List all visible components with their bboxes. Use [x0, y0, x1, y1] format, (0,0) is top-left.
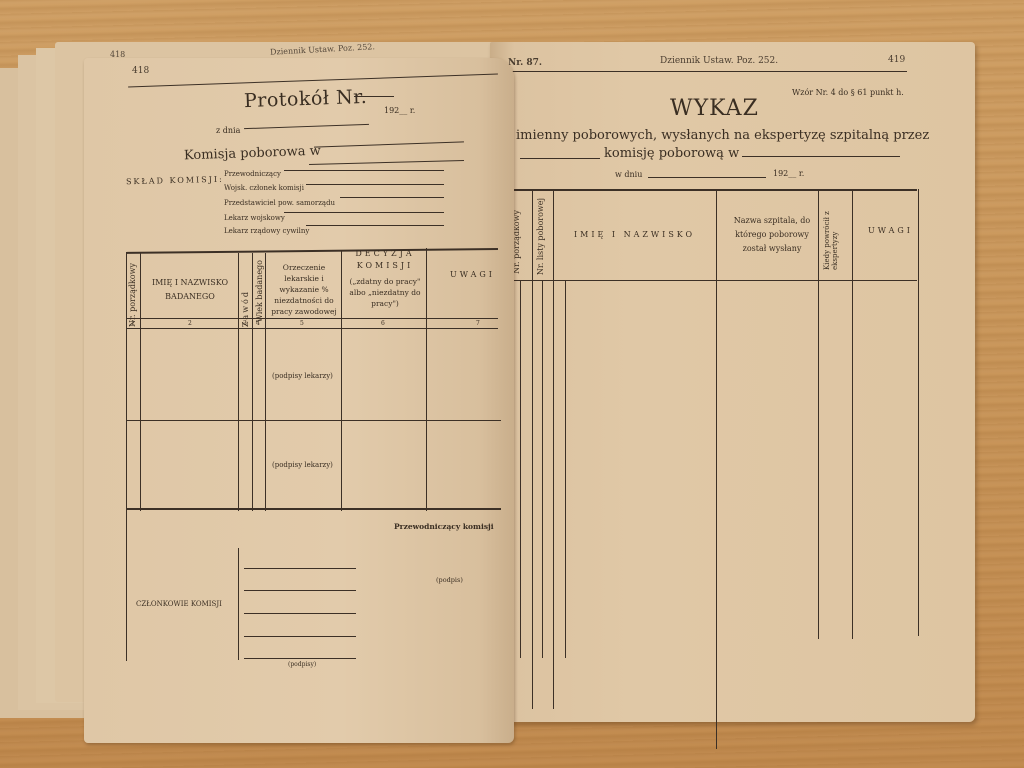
member-signature-line: [244, 636, 356, 637]
members-label: CZŁONKOWIE KOMISJI: [136, 600, 222, 608]
table-top-rule: [505, 189, 917, 191]
header-medical-opinion: Orzeczenie lekarskie i wykazanie % niezd…: [268, 262, 340, 317]
col-number: 1: [131, 320, 135, 327]
header-nr-porzadkowy: Nr. porządkowy: [128, 263, 137, 327]
blank-line: [520, 158, 600, 159]
col-border: [565, 280, 566, 658]
date-blank: [648, 177, 766, 178]
col-border: [126, 253, 127, 661]
members-signature-note: (podpisy): [288, 661, 316, 668]
member-chairman: Przewodniczący: [224, 170, 281, 178]
row-1-signature-note: (podpisy lekarzy): [272, 372, 333, 380]
col-border: [265, 253, 266, 511]
col-number: 4: [256, 320, 260, 327]
header-return-date: Kiedy powrócił z ekspertyzy: [823, 200, 847, 270]
commission-label: Komisja poborowa w: [184, 144, 321, 164]
commission-location-blank-2: [309, 160, 464, 165]
document-title: WYKAZ: [670, 96, 759, 121]
table-bottom-rule: [126, 508, 501, 510]
table-header-rule: [126, 318, 498, 319]
chairman-label: Przewodniczący komisji: [394, 522, 494, 531]
col-border: [716, 189, 717, 749]
member-signature-line: [244, 568, 356, 569]
col-border: [341, 250, 342, 511]
table-top-rule: [126, 248, 498, 254]
row-2-signature-note: (podpisy lekarzy): [272, 461, 333, 469]
date-prefix: w dniu: [615, 170, 642, 179]
col-border: [532, 189, 533, 709]
row-divider: [126, 420, 501, 421]
col-border: [852, 189, 853, 639]
col-number: 6: [381, 320, 385, 327]
members-bracket: [238, 548, 239, 660]
date-prefix: z dnia: [216, 126, 240, 135]
header-name: IMIĘ I NAZWISKO: [574, 230, 695, 239]
right-page: Nr. 87. Dziennik Ustaw. Poz. 252. 419 Wz…: [490, 42, 975, 722]
date-blank: [244, 124, 369, 129]
member-local-gov: Przedstawiciel pow. samorządu: [224, 199, 335, 207]
member-military: Wojsk. członek komisji: [224, 184, 304, 192]
location-blank: [742, 156, 900, 157]
col-border: [520, 280, 521, 658]
subtitle-line-2: komisję poborową w: [604, 146, 739, 161]
header-remarks: UWAGI: [868, 226, 913, 235]
column-number-rule: [126, 328, 498, 329]
protocol-title: Protokół Nr.: [244, 86, 368, 112]
header-hospital: Nazwa szpitala, do którego poborowy zost…: [728, 214, 816, 256]
left-page: 418 Protokół Nr. z dnia 192__ r. Komisja…: [84, 58, 514, 743]
table-header-rule: [505, 280, 917, 281]
page-number: 419: [888, 55, 905, 65]
member-civil-doctor: Lekarz rządowy cywilny: [224, 227, 309, 235]
col-border: [426, 248, 427, 511]
blank-line: [284, 170, 444, 171]
col-border: [140, 253, 141, 511]
header-decision: DECYZJA KOMISJI: [346, 248, 424, 272]
col-border: [918, 189, 919, 636]
col-number: 5: [300, 320, 304, 327]
header-name: IMIĘ I NAZWISKO BADANEGO: [144, 276, 236, 304]
col-border: [553, 189, 554, 709]
header-age: Wiek badanego: [255, 260, 264, 322]
col-border: [542, 280, 543, 658]
form-reference: Wzór Nr. 4 do § 61 punkt h.: [792, 88, 904, 97]
header-nr-listy: Nr. listy poborowej: [536, 198, 545, 275]
header-remarks: UWAGI: [450, 270, 495, 279]
page-number: 418: [132, 66, 149, 76]
blank-line: [306, 184, 444, 185]
chairman-signature-note: (podpis): [436, 576, 463, 584]
col-border: [238, 253, 239, 511]
col-number: 7: [476, 320, 480, 327]
col-number: 2: [188, 320, 192, 327]
number-blank: [354, 96, 394, 97]
issue-number: Nr. 87.: [508, 58, 542, 68]
col-number: 3: [243, 320, 247, 327]
blank-line: [284, 212, 444, 213]
year: 192__ r.: [773, 169, 804, 178]
member-signature-line: [244, 658, 356, 659]
col-border: [252, 253, 253, 511]
commission-location-blank: [314, 141, 464, 147]
header-rule: [128, 74, 498, 88]
blank-line: [340, 197, 444, 198]
member-signature-line: [244, 613, 356, 614]
header-rule: [502, 71, 907, 72]
composition-label: SKŁAD KOMISJI:: [126, 175, 224, 187]
running-head: Dziennik Ustaw. Poz. 252.: [660, 56, 778, 66]
blank-line: [306, 225, 444, 226]
subtitle-line-1: imienny poborowych, wysłanych na ekspert…: [516, 128, 929, 143]
member-signature-line: [244, 590, 356, 591]
year: 192__ r.: [384, 106, 415, 115]
header-decision-note: („zdatny do pracy" albo „niezdatny do pr…: [344, 276, 426, 309]
col-border: [818, 189, 819, 639]
member-military-doctor: Lekarz wojskowy: [224, 214, 285, 222]
